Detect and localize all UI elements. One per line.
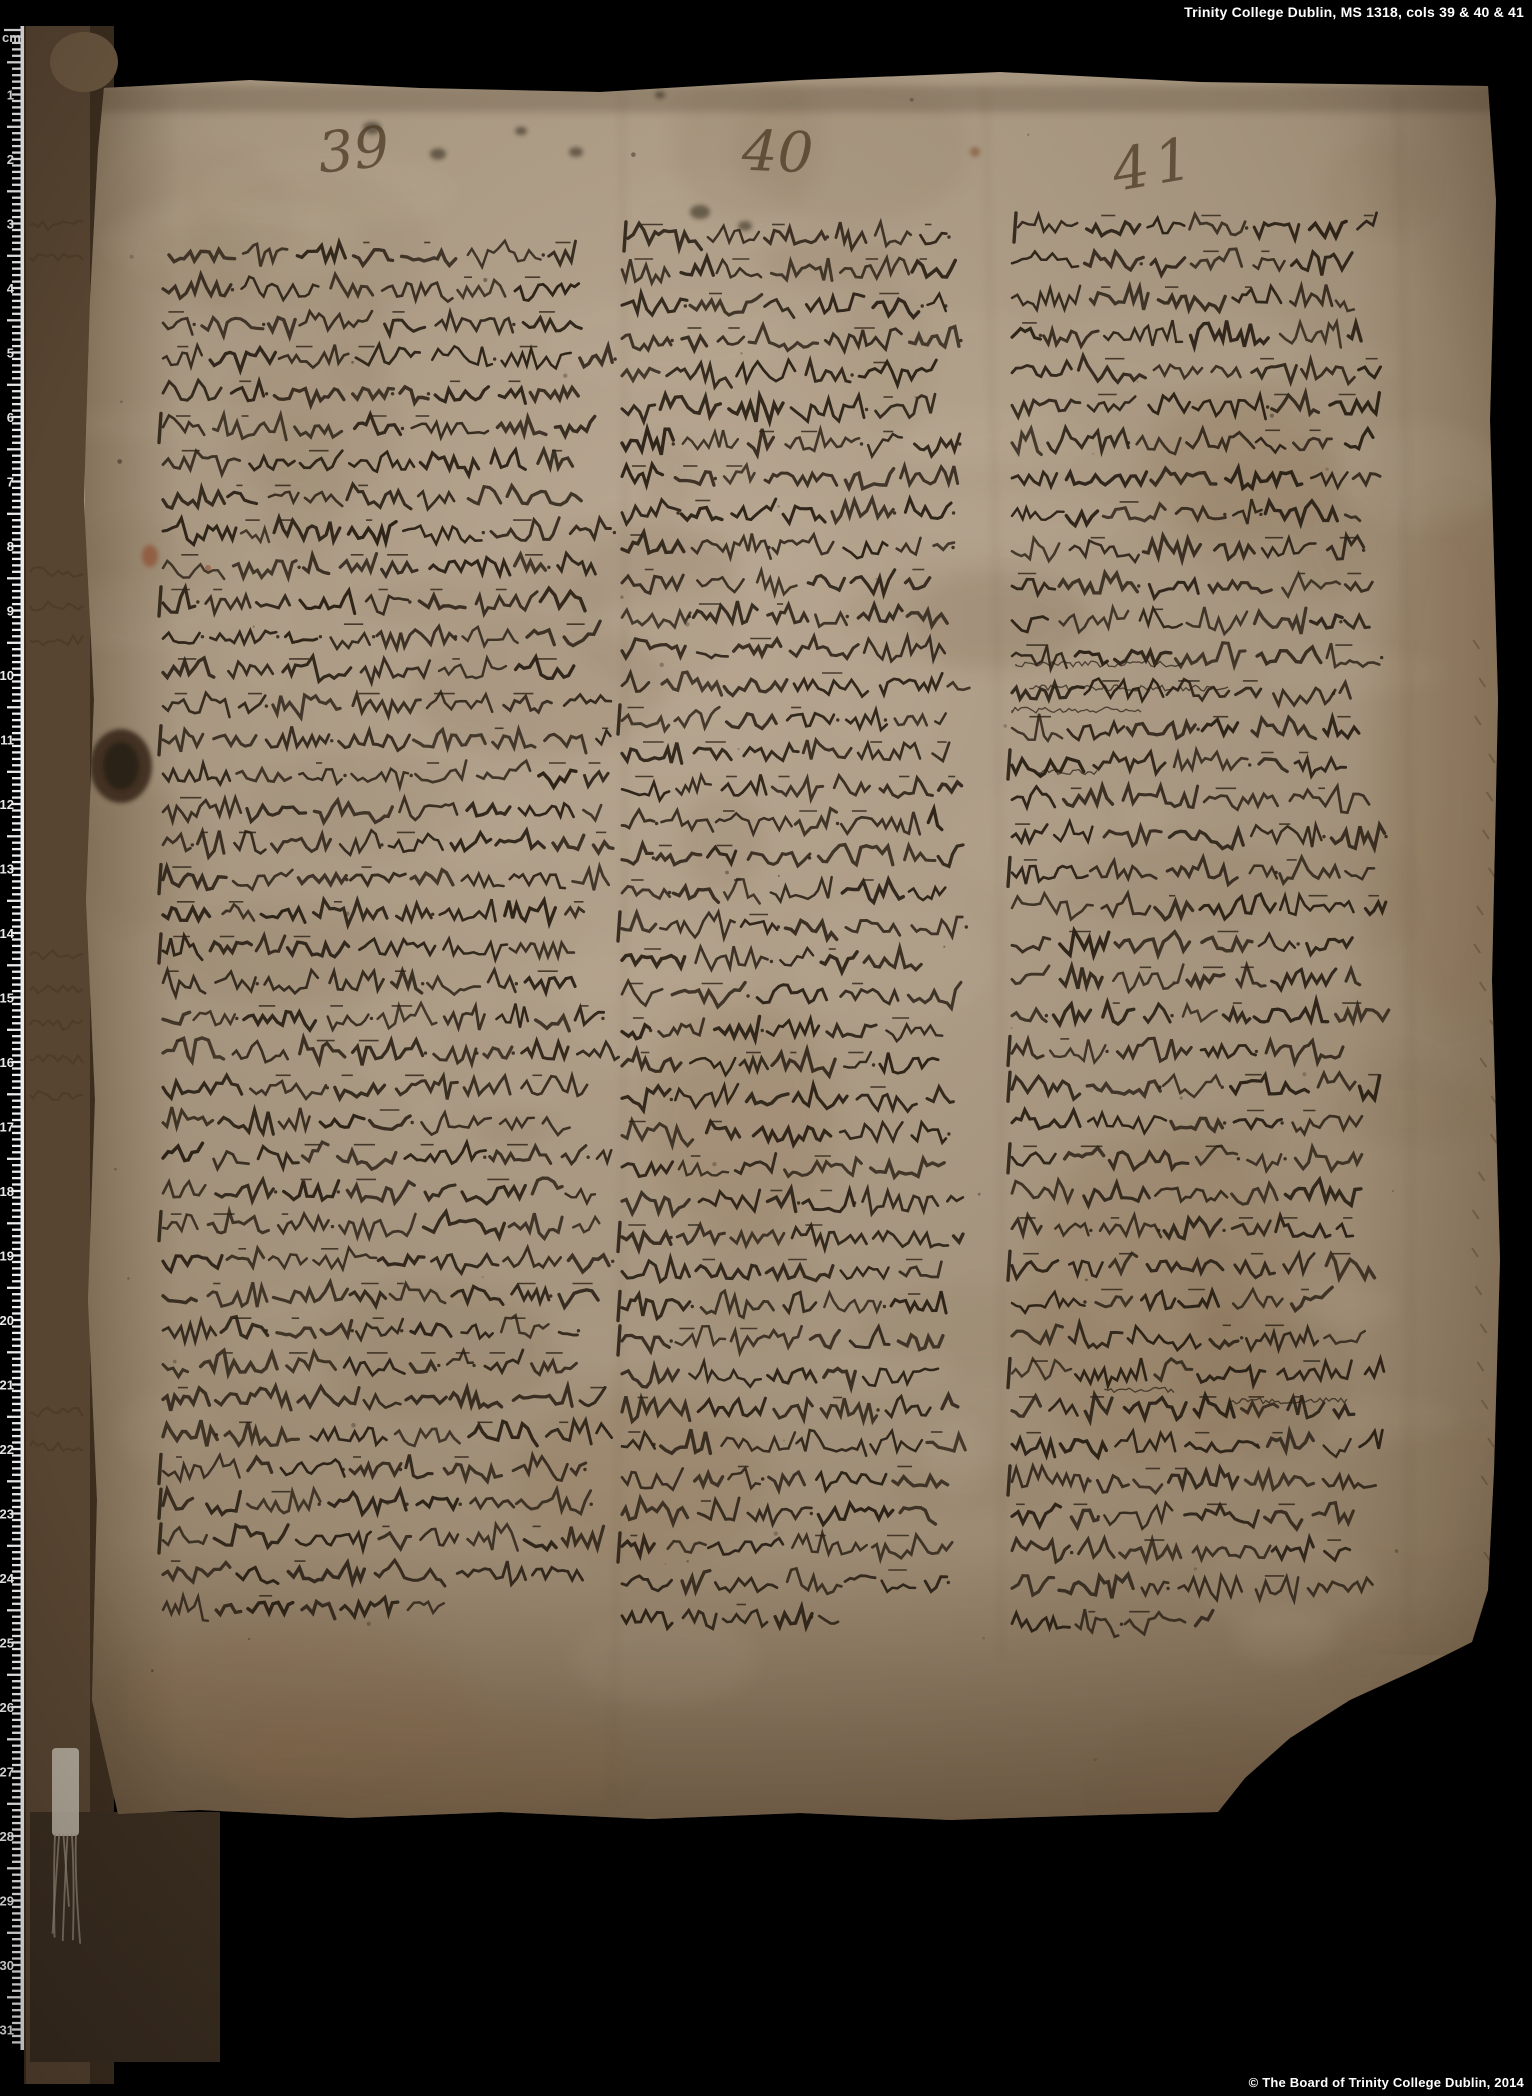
ruler-mark: 26	[0, 1700, 14, 1715]
ruler-mark: 30	[0, 1958, 14, 1973]
cm-ruler: cm12345678910111213141516171819202122232…	[0, 26, 24, 2050]
ruler-mark: 22	[0, 1442, 14, 1457]
ruler-mark: 17	[0, 1120, 14, 1135]
digitized-manuscript-photo: cm12345678910111213141516171819202122232…	[0, 0, 1532, 2096]
ruler-mark: 3	[7, 217, 14, 232]
ruler-mark: 13	[0, 862, 14, 877]
ruler-mark: 9	[7, 604, 14, 619]
copyright-caption: © The Board of Trinity College Dublin, 2…	[1249, 2075, 1524, 2090]
image-title-caption: Trinity College Dublin, MS 1318, cols 39…	[1184, 4, 1524, 20]
ruler-mark: 21	[0, 1378, 14, 1393]
ruler-mark: 14	[0, 926, 15, 941]
ruler-mark: 18	[0, 1184, 14, 1199]
manuscript-scene: cm12345678910111213141516171819202122232…	[0, 0, 1532, 2096]
ruler-mark: 7	[7, 475, 14, 490]
ruler-mark: 10	[0, 668, 14, 683]
ruler-mark: 31	[0, 2023, 14, 2038]
ruler-mark: 2	[7, 152, 14, 167]
ruler-mark: 6	[7, 410, 14, 425]
ruler-mark: 20	[0, 1313, 14, 1328]
ruler-mark: 8	[7, 539, 14, 554]
ruler-mark: 27	[0, 1765, 14, 1780]
ruler-unit-label: cm	[2, 30, 21, 45]
ruler-mark: 11	[0, 733, 14, 748]
ruler-mark: 25	[0, 1636, 14, 1651]
ruler-mark: 29	[0, 1894, 14, 1909]
ruler-mark: 1	[7, 88, 14, 103]
ruler-mark: 19	[0, 1249, 14, 1264]
ruler-mark: 23	[0, 1507, 14, 1522]
ruler-mark: 12	[0, 797, 14, 812]
ruler-mark: 24	[0, 1571, 15, 1586]
ruler-mark: 5	[7, 346, 14, 361]
ruler-mark: 16	[0, 1055, 14, 1070]
ruler-mark: 28	[0, 1829, 14, 1844]
ruler-mark: 15	[0, 991, 14, 1006]
ruler-mark: 4	[7, 281, 15, 296]
